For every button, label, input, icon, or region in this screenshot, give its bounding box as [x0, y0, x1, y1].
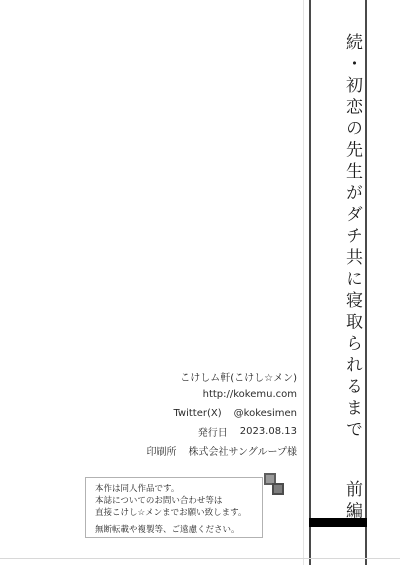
pixel-square-decoration-dark [272, 483, 284, 495]
disclaimer-line-4: 無断転載や複製等、ご遠慮ください。 [95, 524, 258, 536]
book-title-vertical: 続・初恋の先生がダチ共に寝取られるまで前編 [311, 22, 365, 534]
book-title-main: 続・初恋の先生がダチ共に寝取られるまで [342, 33, 362, 442]
colophon-issue-date-value: 2023.08.13 [240, 426, 297, 437]
disclaimer-line-2: 本誌についてのお問い合わせ等は [95, 495, 258, 507]
book-title-line: 続・初恋の先生がダチ共に寝取られるまで前編 [311, 33, 365, 523]
colophon-twitter-label: Twitter(X) [173, 408, 221, 419]
colophon-printer-value: 株式会社サングループ様 [189, 443, 298, 458]
disclaimer-line-1: 本作は同人作品です。 [95, 483, 258, 495]
colophon-website: http://kokemu.com [147, 386, 298, 405]
title-column-right-rule [365, 0, 367, 565]
colophon-twitter-handle: @kokesimen [234, 408, 297, 419]
colophon: こけしム軒(こけし☆メン) http://kokemu.com Twitter(… [147, 367, 298, 460]
title-column-black-bar [309, 518, 367, 527]
book-title-part: 前編 [342, 480, 362, 523]
column-faint-edge [303, 0, 304, 565]
colophon-website-value: http://kokemu.com [203, 389, 297, 400]
disclaimer-box: 本作は同人作品です。 本誌についてのお問い合わせ等は 直接こけし☆メンまでお願い… [85, 477, 263, 538]
colophon-circle-value: こけしム軒(こけし☆メン) [180, 369, 297, 384]
colophon-issue-date: 発行日 2023.08.13 [147, 423, 298, 442]
page-bottom-edge [0, 558, 400, 559]
colophon-printer: 印刷所 株式会社サングループ様 [147, 441, 298, 460]
colophon-circle-name: こけしム軒(こけし☆メン) [147, 367, 298, 386]
colophon-twitter: Twitter(X) @kokesimen [147, 404, 298, 423]
colophon-printer-label: 印刷所 [147, 443, 177, 458]
colophon-issue-date-label: 発行日 [198, 424, 228, 439]
disclaimer-line-3: 直接こけし☆メンまでお願い致します。 [95, 507, 258, 519]
